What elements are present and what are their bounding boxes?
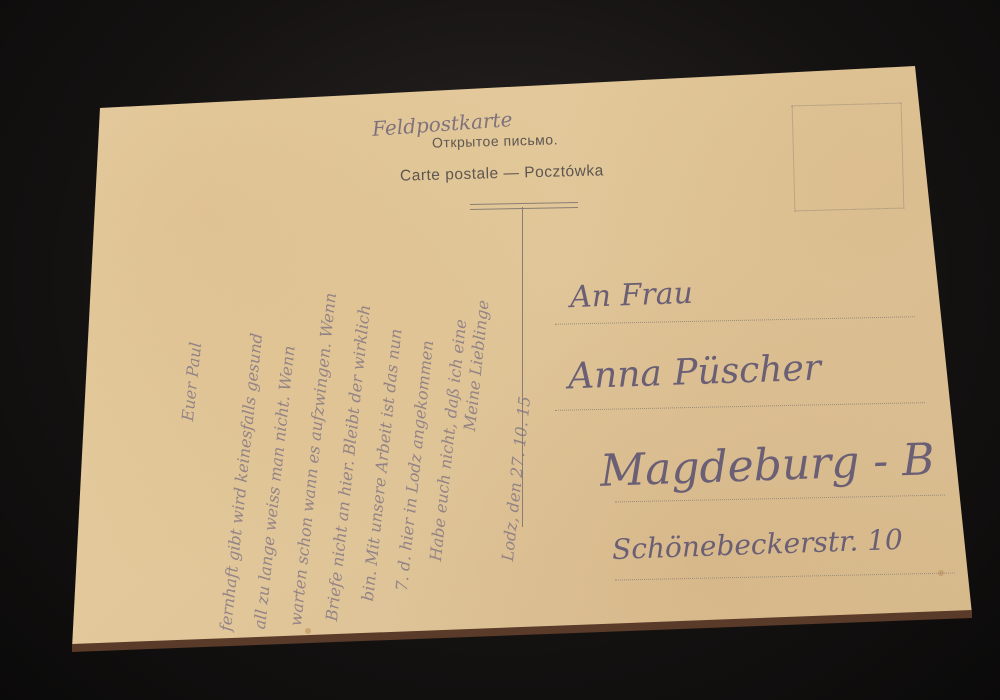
stamp-box: [792, 103, 905, 212]
postcard: Feldpostkarte Открытое письмо. Carte pos…: [0, 0, 1000, 700]
printed-title-cyrillic: Открытое письмо.: [432, 131, 558, 150]
stain: [305, 628, 311, 634]
address-line-1: An Frau: [569, 276, 693, 315]
